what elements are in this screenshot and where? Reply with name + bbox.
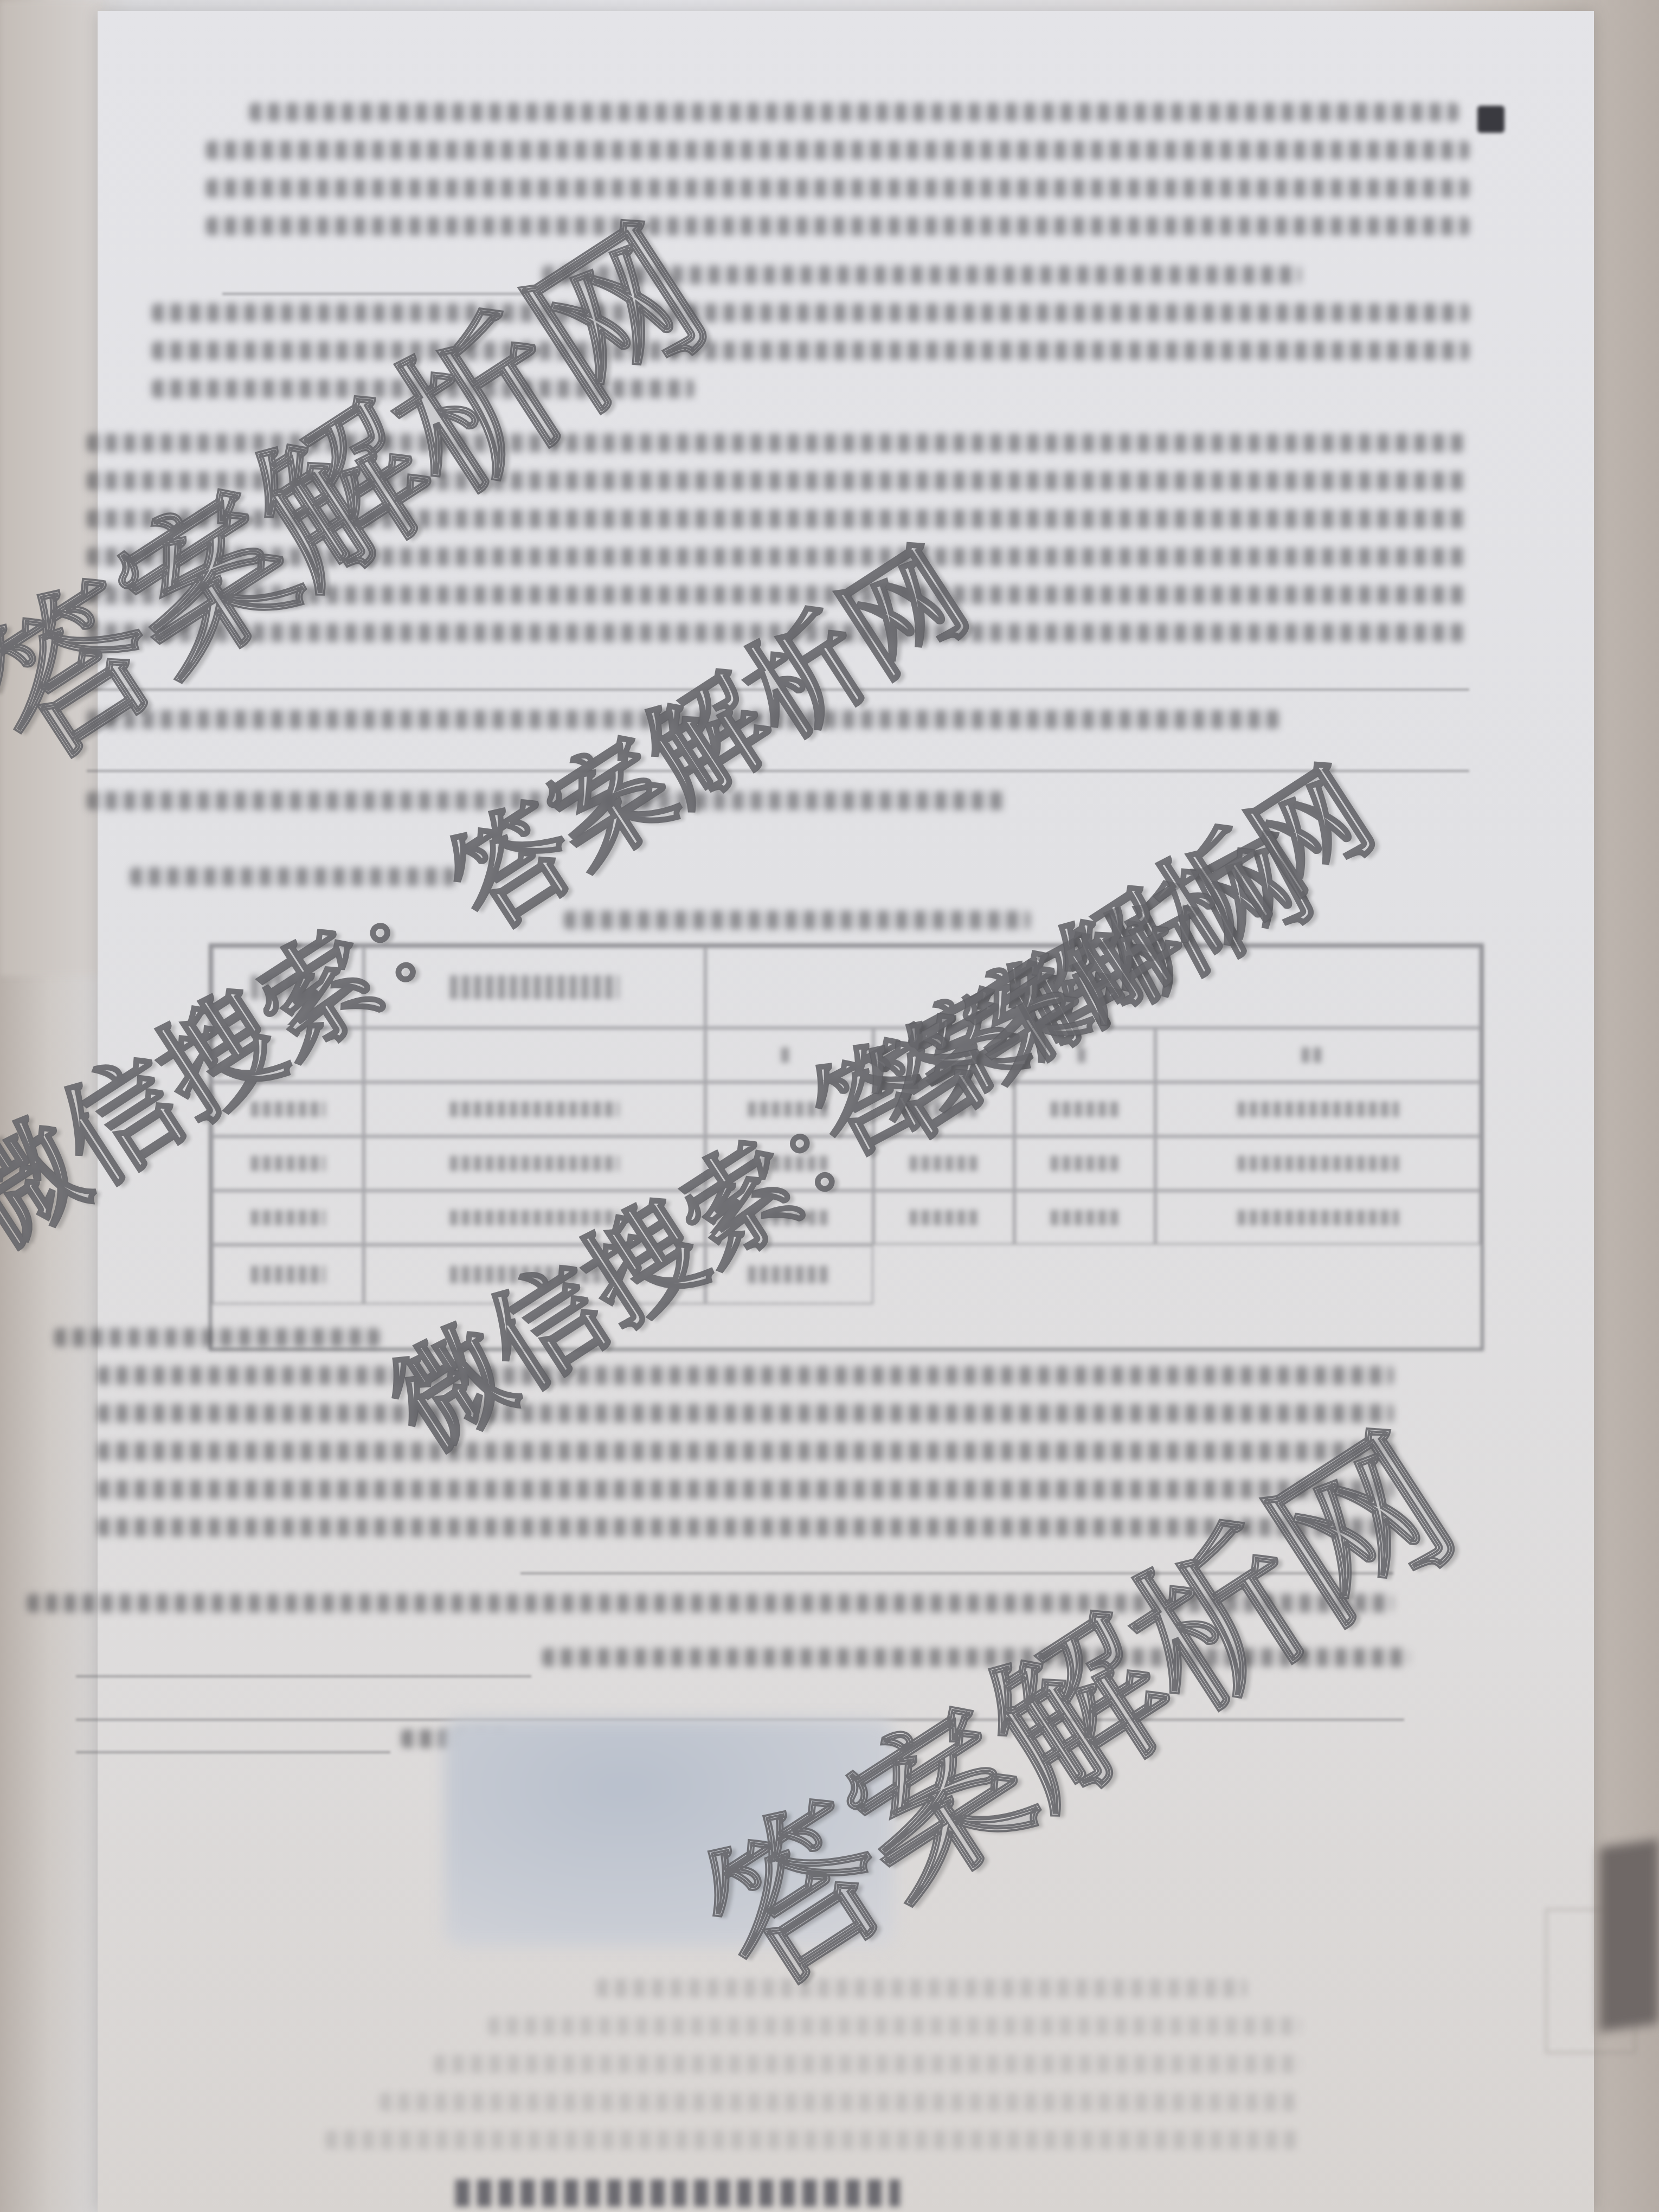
answer-blank — [76, 1675, 531, 1677]
table-cell — [1014, 1028, 1155, 1082]
text-line — [542, 1648, 1410, 1667]
data-table — [209, 943, 1484, 1351]
table-cell — [364, 1191, 705, 1245]
text-line — [206, 141, 1469, 159]
text-line — [27, 1594, 1393, 1612]
answer-blank — [87, 689, 1469, 691]
page-footer — [455, 2179, 900, 2207]
text-line — [87, 472, 1469, 490]
illustration-image — [445, 1719, 895, 1946]
table-cell — [1014, 1136, 1155, 1191]
table-caption — [564, 911, 1030, 929]
qr-code-icon — [1599, 1839, 1659, 2031]
table-cell — [212, 1245, 364, 1304]
text-line — [542, 266, 1301, 284]
table-cell — [705, 1028, 873, 1082]
table-cell — [212, 1028, 364, 1082]
faint-text-line — [380, 2093, 1301, 2111]
faint-text-line — [325, 2131, 1301, 2149]
answer-blank — [87, 770, 1469, 772]
text-line — [87, 586, 1469, 604]
answer-blank — [76, 1751, 390, 1753]
table-cell — [705, 1136, 873, 1191]
table-cell — [364, 1082, 705, 1136]
text-line — [152, 380, 694, 398]
text-line — [152, 342, 1469, 360]
text-line — [87, 792, 1008, 810]
text-line — [98, 1404, 1393, 1423]
table-cell — [1014, 1191, 1155, 1245]
table-cell — [873, 1136, 1014, 1191]
text-line — [98, 1366, 1393, 1385]
table-cell — [1155, 1028, 1481, 1082]
table-cell — [364, 947, 705, 1028]
text-line — [87, 434, 1469, 452]
text-line — [130, 867, 455, 886]
table-cell — [873, 1191, 1014, 1245]
text-line — [98, 1442, 1393, 1461]
page-corner-marker — [1477, 106, 1504, 133]
text-line — [206, 179, 1469, 197]
faint-text-line — [434, 2055, 1301, 2073]
faint-text-line — [488, 2017, 1301, 2035]
table-cell — [705, 1245, 873, 1304]
table-cell — [364, 1028, 705, 1082]
text-line — [249, 103, 1458, 121]
table-cell — [1155, 1082, 1481, 1136]
text-line — [54, 1328, 380, 1347]
text-line — [87, 710, 1279, 729]
table-cell — [873, 1028, 1014, 1082]
table-cell — [1014, 1082, 1155, 1136]
answer-blank — [222, 293, 526, 295]
table-cell — [705, 1191, 873, 1245]
text-line — [87, 548, 1469, 566]
table-cell — [212, 1191, 364, 1245]
table-cell — [705, 1082, 873, 1136]
table-cell — [212, 947, 364, 1028]
text-line — [98, 1518, 1393, 1536]
table-cell — [1155, 1191, 1481, 1245]
table-cell — [364, 1136, 705, 1191]
text-line — [206, 217, 1469, 235]
table-cell — [364, 1245, 705, 1304]
text-line — [152, 304, 1469, 322]
table-cell — [873, 1082, 1014, 1136]
answer-blank — [520, 1572, 1393, 1574]
table-cell — [212, 1136, 364, 1191]
text-line — [98, 1480, 1393, 1499]
text-line — [87, 623, 1469, 642]
faint-text-line — [596, 1979, 1247, 1997]
text-line — [87, 510, 1469, 528]
table-cell — [212, 1082, 364, 1136]
table-cell — [705, 947, 1481, 1028]
table-cell — [1155, 1136, 1481, 1191]
